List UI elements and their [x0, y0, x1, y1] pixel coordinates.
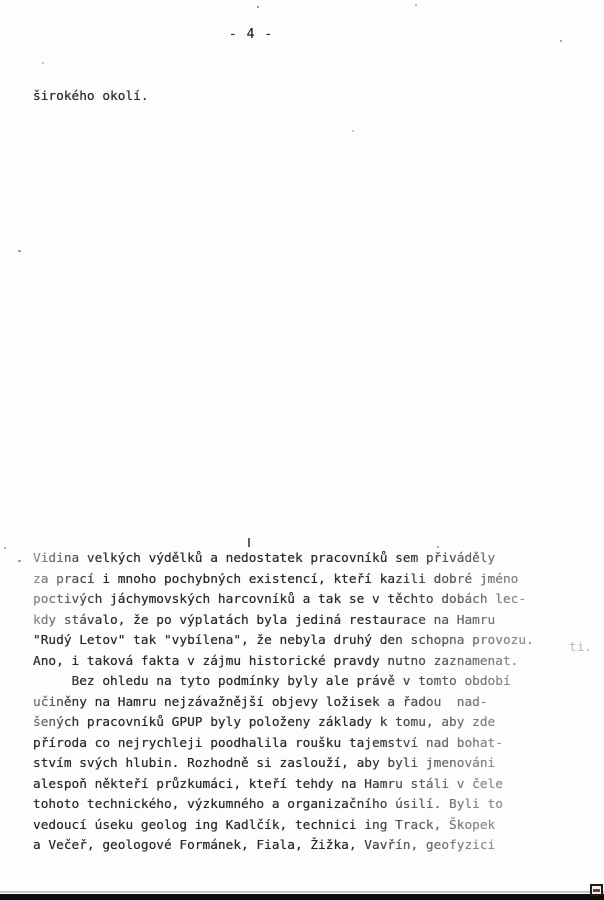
- ink-speck: [352, 130, 354, 132]
- text-line: Vidina velkých výdělků a nedostatek prac…: [33, 549, 589, 570]
- page-number: - 4 -: [206, 27, 296, 42]
- text-line: stvím svých hlubin. Rozhodně si zaslouží…: [33, 754, 589, 775]
- ink-speck: [18, 560, 21, 562]
- text-line: za prací i mnoho pochybných existencí, k…: [33, 570, 589, 591]
- ink-speck: [437, 546, 439, 548]
- text-line: kdy stávalo, že po výplatách byla jediná…: [33, 611, 589, 632]
- stamp-red-bar: [593, 889, 600, 892]
- text-line: tohoto technického, výzkumného a organiz…: [33, 795, 589, 816]
- stray-ink-fragment: ti.: [569, 640, 592, 655]
- stamp-mark: [590, 884, 603, 896]
- text-line: alespoň někteří průzkumáci, kteří tehdy …: [33, 775, 589, 796]
- text-line: poctivých jáchymovských harcovníků a tak…: [33, 590, 589, 611]
- text-line: příroda co nejrychleji poodhalila roušku…: [33, 734, 589, 755]
- text-line: "Rudý Letov" tak "vybílena", že nebyla d…: [33, 631, 589, 652]
- bottom-scan-bar: [0, 894, 604, 900]
- scan-mark-tick: [248, 538, 250, 547]
- carryover-line: širokého okolí.: [33, 89, 149, 104]
- ink-speck: [560, 40, 562, 42]
- text-line: Ano, i taková fakta v zájmu historické p…: [33, 652, 589, 673]
- ink-speck: [257, 6, 259, 8]
- text-line: učiněny na Hamru nejzávažnější objevy lo…: [33, 693, 589, 714]
- ink-speck: [415, 4, 417, 6]
- ink-speck: [18, 250, 21, 252]
- text-line: vedoucí úseku geolog ing Kadlčík, techni…: [33, 816, 589, 837]
- ink-speck: [42, 62, 44, 64]
- scanned-page: { "page": { "number_label": "- 4 -", "ca…: [0, 0, 604, 900]
- ink-speck: [4, 547, 6, 549]
- scan-edge-gray-line: [0, 891, 604, 893]
- text-line: Bez ohledu na tyto podmínky byly ale prá…: [33, 672, 589, 693]
- text-line: a Večeř, geologové Formánek, Fiala, Žižk…: [33, 836, 589, 857]
- body-text: Vidina velkých výdělků a nedostatek prac…: [33, 549, 589, 857]
- text-line: šených pracovníků GPUP byly položeny zák…: [33, 713, 589, 734]
